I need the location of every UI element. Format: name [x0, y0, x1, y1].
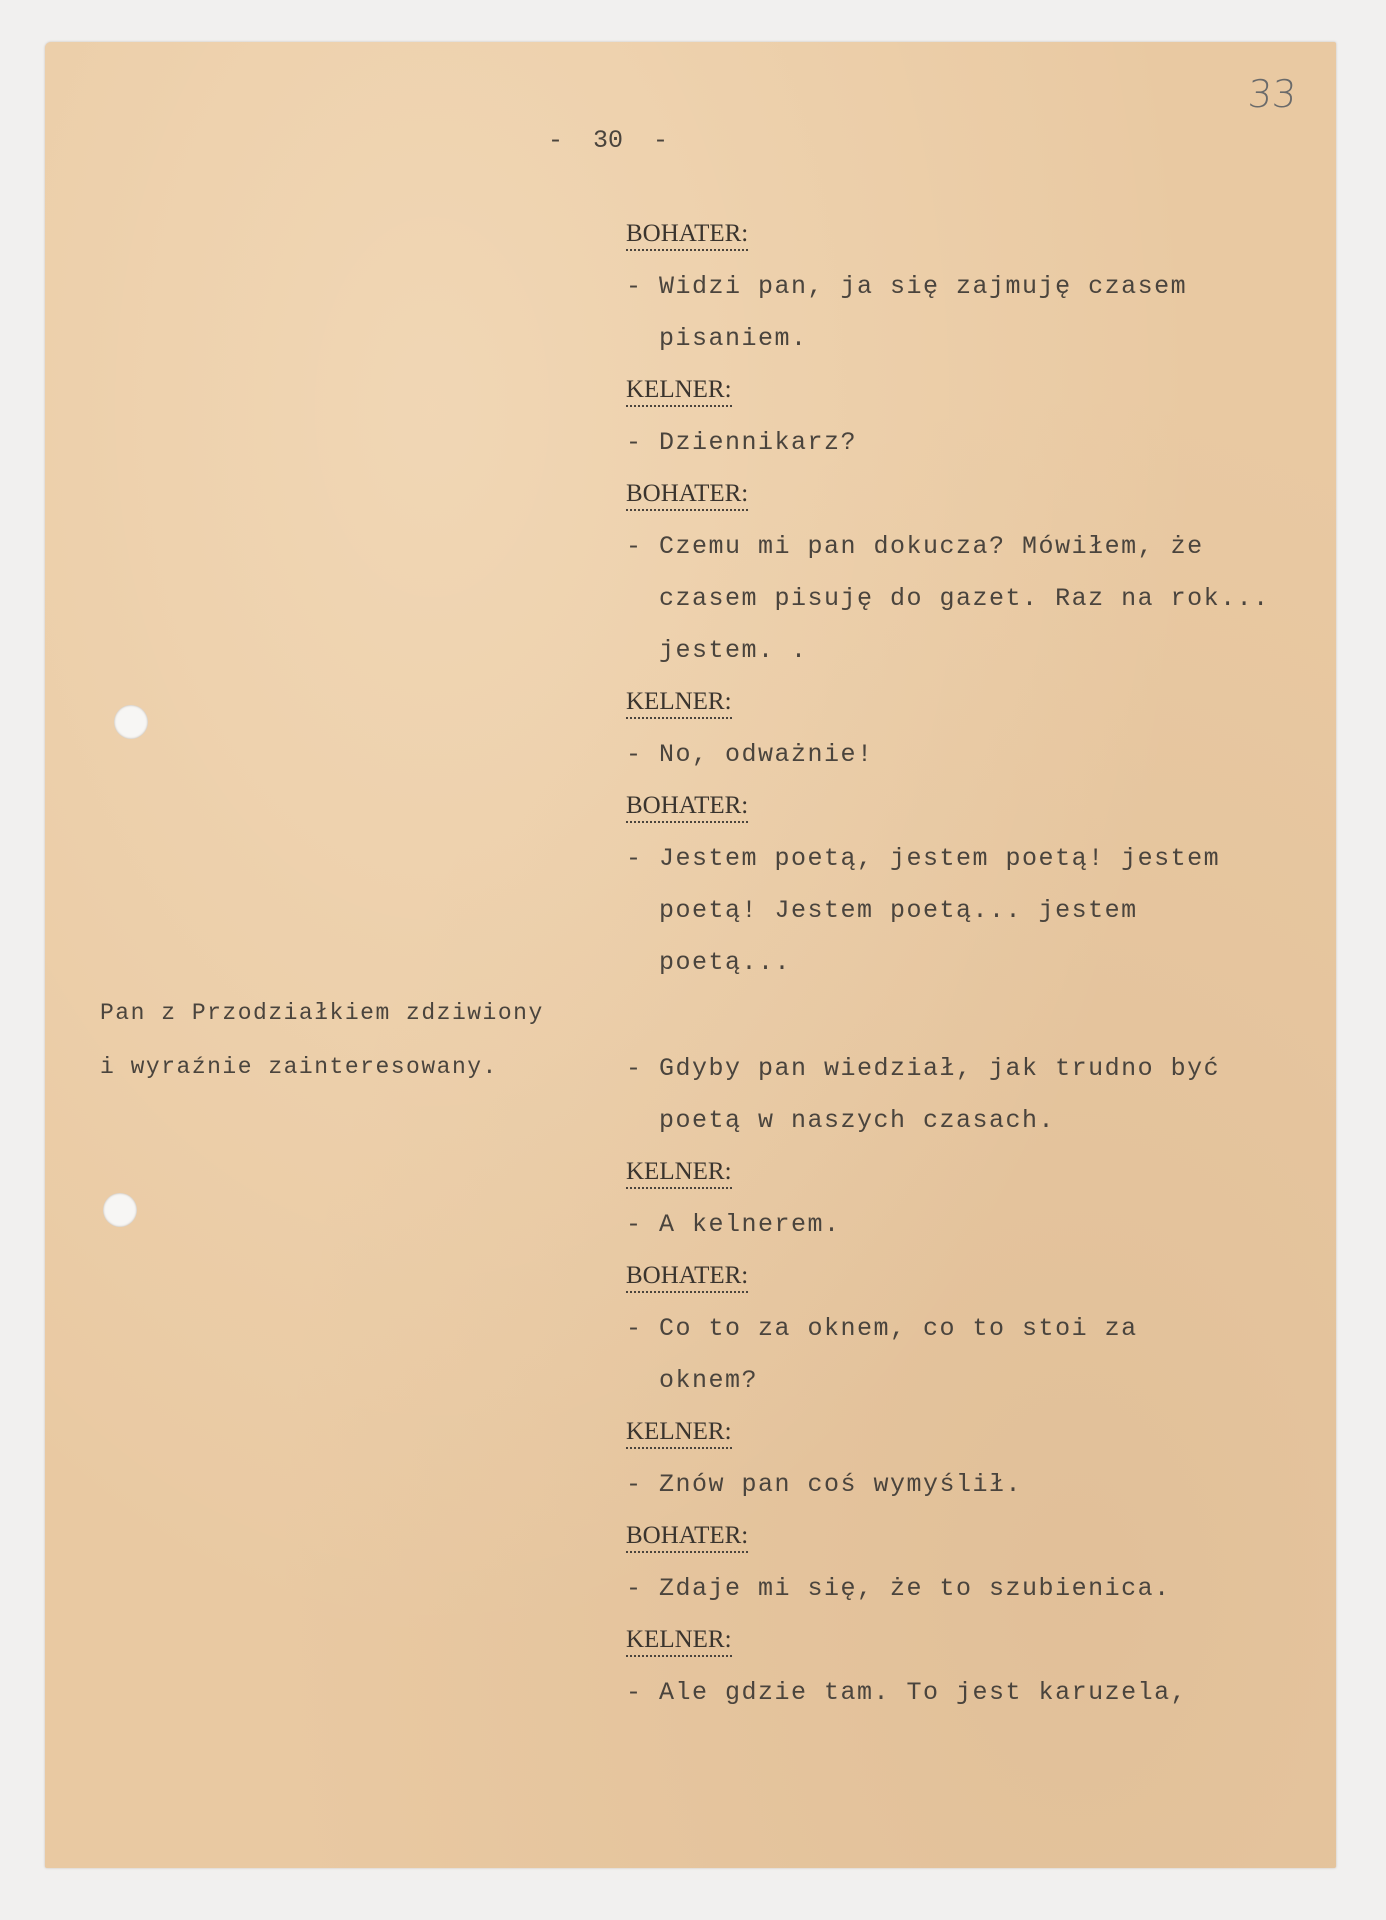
- dialogue-line: - A kelnerem.: [626, 1210, 841, 1239]
- speaker-label: BOHATER:: [626, 220, 748, 251]
- speaker-label: BOHATER:: [626, 480, 748, 511]
- dialogue-line: oknem?: [626, 1366, 758, 1395]
- dialogue-line: czasem pisuję do gazet. Raz na rok...: [626, 584, 1270, 613]
- speaker-label: KELNER:: [626, 1418, 732, 1449]
- dialogue-line: poetą...: [626, 948, 791, 977]
- dialogue-line: poetą! Jestem poetą... jestem: [626, 896, 1138, 925]
- dialogue-line: - No, odważnie!: [626, 740, 874, 769]
- dialogue-line: - Czemu mi pan dokucza? Mówiłem, że: [626, 532, 1204, 561]
- dialogue-line: jestem. .: [626, 636, 808, 665]
- dialogue-line: pisaniem.: [626, 324, 808, 353]
- page-number: - 30 -: [548, 126, 668, 155]
- speaker-label: BOHATER:: [626, 1262, 748, 1293]
- speaker-label: KELNER:: [626, 1158, 732, 1189]
- speaker-label: KELNER:: [626, 376, 732, 407]
- dialogue-line: - Jestem poetą, jestem poetą! jestem: [626, 844, 1220, 873]
- punch-hole-bottom: [103, 1193, 137, 1227]
- dialogue-line: - Co to za oknem, co to stoi za: [626, 1314, 1138, 1343]
- dialogue-line: poetą w naszych czasach.: [626, 1106, 1055, 1135]
- speaker-label: BOHATER:: [626, 1522, 748, 1553]
- dialogue-line: - Zdaje mi się, że to szubienica.: [626, 1574, 1171, 1603]
- dialogue-line: - Znów pan coś wymyślił.: [626, 1470, 1022, 1499]
- stage-direction-line-1: Pan z Przodziałkiem zdziwiony: [100, 1000, 544, 1026]
- dialogue-line: - Dziennikarz?: [626, 428, 857, 457]
- dialogue-line: - Gdyby pan wiedział, jak trudno być: [626, 1054, 1220, 1083]
- speaker-label: KELNER:: [626, 1626, 732, 1657]
- speaker-label: KELNER:: [626, 688, 732, 719]
- archive-number: 33: [1246, 72, 1297, 116]
- dialogue-line: - Widzi pan, ja się zajmuję czasem: [626, 272, 1187, 301]
- dialogue-line: - Ale gdzie tam. To jest karuzela,: [626, 1678, 1187, 1707]
- stage-direction-line-2: i wyraźnie zainteresowany.: [100, 1054, 498, 1080]
- punch-hole-top: [114, 705, 148, 739]
- speaker-label: BOHATER:: [626, 792, 748, 823]
